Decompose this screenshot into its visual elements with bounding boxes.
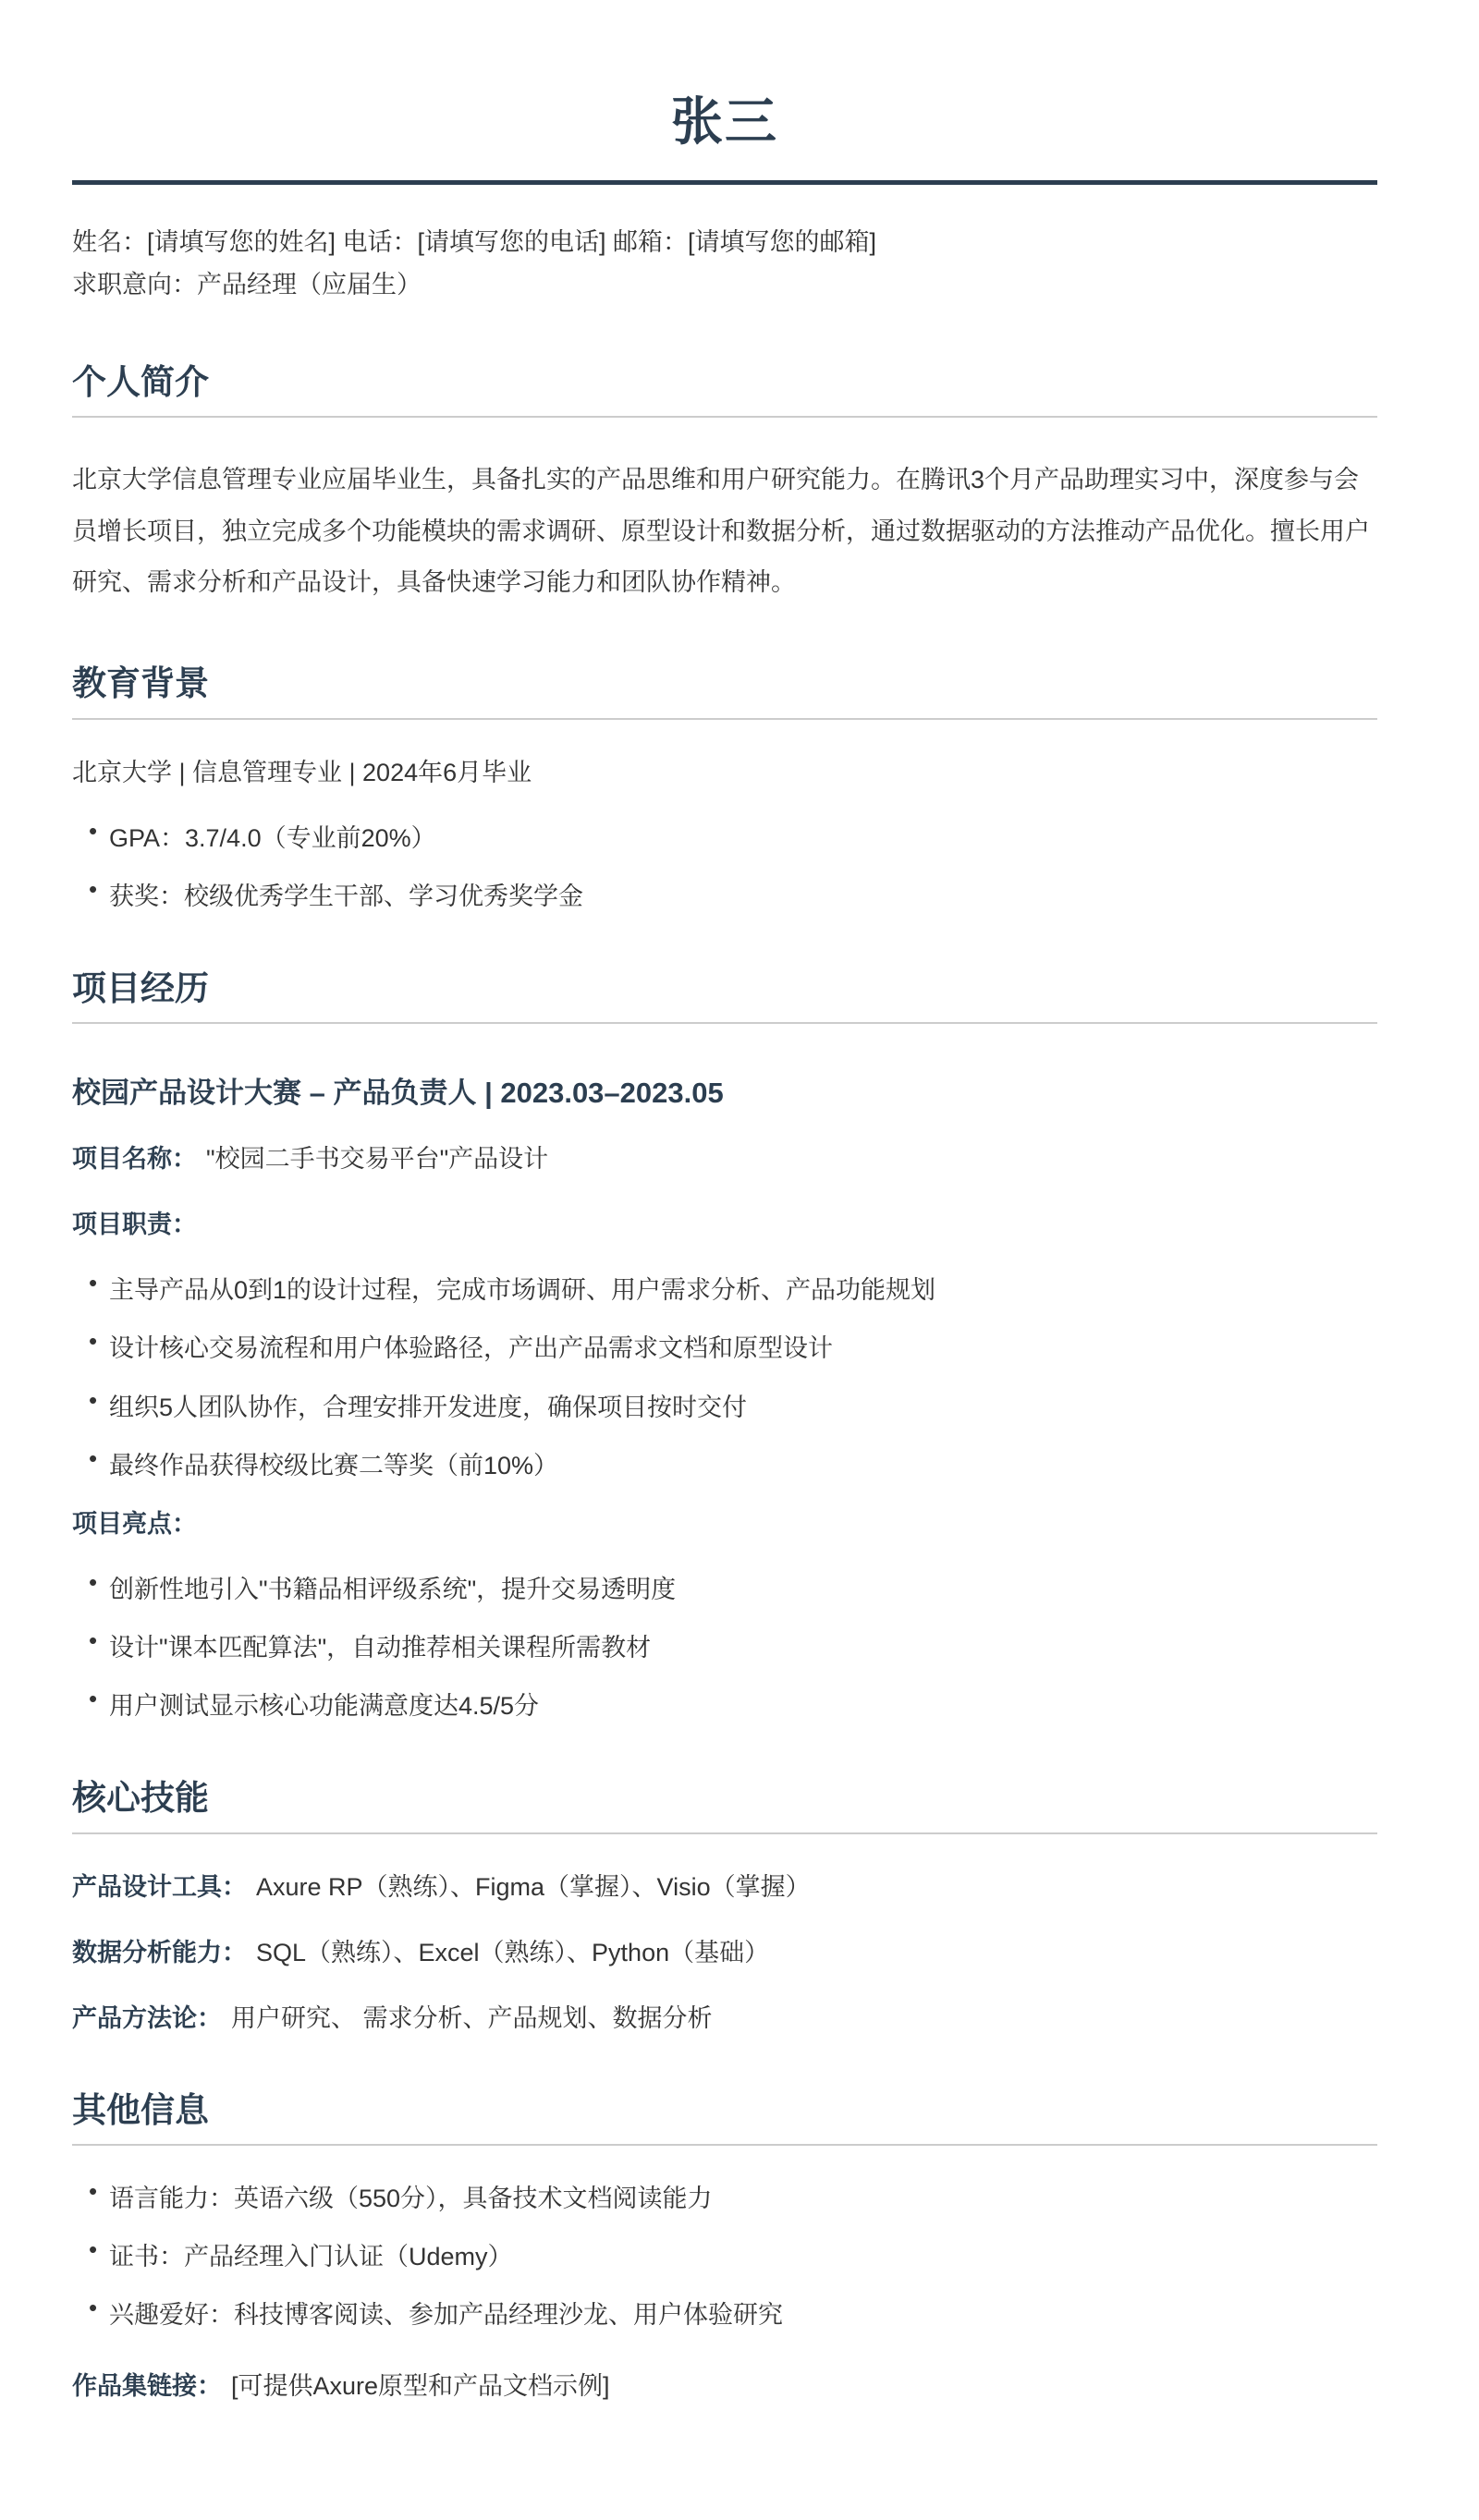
contact-line: 姓名：[请填写您的姓名] 电话：[请填写您的电话] 邮箱：[请填写您的邮箱] bbox=[72, 222, 1377, 264]
project-highlights-label-line: 项目亮点： bbox=[72, 1508, 1377, 1540]
skill-value: 用户研究、 需求分析、产品规划、数据分析 bbox=[231, 2004, 713, 2032]
resume-document: 张三 姓名：[请填写您的姓名] 电话：[请填写您的电话] 邮箱：[请填写您的邮箱… bbox=[72, 91, 1377, 2404]
skill-value: SQL（熟练）、Excel（熟练）、Python（基础） bbox=[256, 1939, 769, 1966]
list-item: 最终作品获得校级比赛二等奖（前10%） bbox=[89, 1450, 1377, 1482]
project-duties-list: 主导产品从0到1的设计过程，完成市场调研、用户需求分析、产品功能规划 设计核心交… bbox=[72, 1274, 1377, 1481]
project-name-line: 项目名称："校园二手书交易平台"产品设计 bbox=[72, 1143, 1377, 1175]
list-item: 设计"课本匹配算法"，自动推荐相关课程所需教材 bbox=[89, 1632, 1377, 1664]
page-title: 张三 bbox=[72, 91, 1377, 152]
project-highlights-list: 创新性地引入"书籍品相评级系统"，提升交易透明度 设计"课本匹配算法"，自动推荐… bbox=[72, 1574, 1377, 1723]
skill-line-design-tools: 产品设计工具：Axure RP（熟练）、Figma（掌握）、Visio（掌握） bbox=[72, 1871, 1377, 1904]
project-title-line: 校园产品设计大赛 – 产品负责人 | 2023.03–2023.05 bbox=[72, 1076, 1377, 1112]
project-duties-label-line: 项目职责： bbox=[72, 1209, 1377, 1241]
list-item: 创新性地引入"书籍品相评级系统"，提升交易透明度 bbox=[89, 1574, 1377, 1606]
education-school-line: 北京大学 | 信息管理专业 | 2024年6月毕业 bbox=[72, 757, 1377, 789]
skill-line-methodology: 产品方法论：用户研究、 需求分析、产品规划、数据分析 bbox=[72, 2003, 1377, 2035]
section-heading-projects: 项目经历 bbox=[72, 968, 1377, 1024]
skill-label: 产品设计工具： bbox=[72, 1873, 247, 1901]
project-name-label: 项目名称： bbox=[72, 1145, 197, 1173]
education-list: GPA：3.7/4.0（专业前20%） 获奖：校级优秀学生干部、学习优秀奖学金 bbox=[72, 822, 1377, 913]
section-heading-other: 其他信息 bbox=[72, 2090, 1377, 2146]
list-item: 兴趣爱好：科技博客阅读、参加产品经理沙龙、用户体验研究 bbox=[89, 2299, 1377, 2331]
list-item: 语言能力：英语六级（550分），具备技术文档阅读能力 bbox=[89, 2183, 1377, 2215]
project-highlights-label: 项目亮点： bbox=[72, 1510, 197, 1538]
section-heading-skills: 核心技能 bbox=[72, 1778, 1377, 1833]
title-divider bbox=[72, 180, 1377, 185]
list-item: GPA：3.7/4.0（专业前20%） bbox=[89, 822, 1377, 855]
portfolio-label: 作品集链接： bbox=[72, 2372, 222, 2400]
skill-label: 数据分析能力： bbox=[72, 1939, 247, 1966]
skill-value: Axure RP（熟练）、Figma（掌握）、Visio（掌握） bbox=[256, 1873, 811, 1901]
profile-summary-text: 北京大学信息管理专业应届毕业生，具备扎实的产品思维和用户研究能力。在腾讯3个月产… bbox=[72, 455, 1377, 608]
contact-block: 姓名：[请填写您的姓名] 电话：[请填写您的电话] 邮箱：[请填写您的邮箱] 求… bbox=[72, 222, 1377, 307]
skill-label: 产品方法论： bbox=[72, 2004, 222, 2032]
section-heading-profile: 个人简介 bbox=[72, 362, 1377, 418]
project-name-value: "校园二手书交易平台"产品设计 bbox=[206, 1145, 548, 1173]
objective-line: 求职意向：产品经理（应届生） bbox=[72, 264, 1377, 307]
portfolio-value: [可提供Axure原型和产品文档示例] bbox=[231, 2372, 610, 2400]
list-item: 用户测试显示核心功能满意度达4.5/5分 bbox=[89, 1690, 1377, 1723]
list-item: 主导产品从0到1的设计过程，完成市场调研、用户需求分析、产品功能规划 bbox=[89, 1274, 1377, 1307]
list-item: 设计核心交易流程和用户体验路径，产出产品需求文档和原型设计 bbox=[89, 1333, 1377, 1365]
section-heading-education: 教育背景 bbox=[72, 663, 1377, 719]
list-item: 获奖：校级优秀学生干部、学习优秀奖学金 bbox=[89, 881, 1377, 913]
list-item: 证书：产品经理入门认证（Udemy） bbox=[89, 2241, 1377, 2273]
portfolio-line: 作品集链接：[可提供Axure原型和产品文档示例] bbox=[72, 2370, 1377, 2403]
list-item: 组织5人团队协作，合理安排开发进度，确保项目按时交付 bbox=[89, 1392, 1377, 1424]
skill-line-data-analysis: 数据分析能力：SQL（熟练）、Excel（熟练）、Python（基础） bbox=[72, 1937, 1377, 1969]
project-duties-label: 项目职责： bbox=[72, 1211, 197, 1238]
other-info-list: 语言能力：英语六级（550分），具备技术文档阅读能力 证书：产品经理入门认证（U… bbox=[72, 2183, 1377, 2331]
